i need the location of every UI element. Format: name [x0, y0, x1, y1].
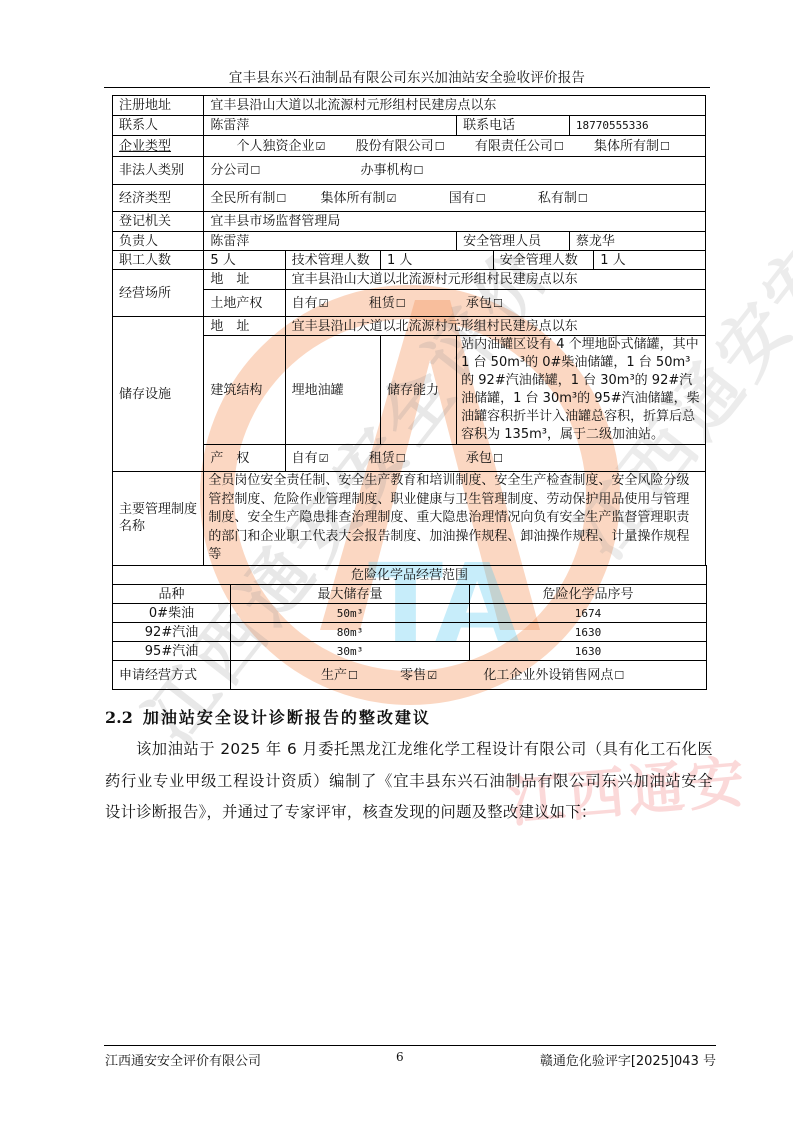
- value-staff-count: 5 人: [204, 251, 285, 270]
- section-number: 2.2: [105, 708, 133, 727]
- row-registered-address: 注册地址 宜丰县沿山大道以北流源村元形组村民建房点以东: [113, 96, 706, 116]
- option-collective-owned: 集体所有制☑: [321, 191, 397, 206]
- label-storage-address: 地 址: [204, 317, 285, 336]
- option-sole-proprietorship: 个人独资企业☑: [237, 139, 326, 154]
- checkbox-checked-icon: ☑: [427, 669, 437, 682]
- value-registration-authority: 宜丰县市场监督管理局: [204, 212, 706, 232]
- label-storage-capacity: 储存能力: [381, 336, 457, 445]
- storage-ownership-options: 自有☑ 租赁☐ 承包☐: [285, 445, 705, 472]
- row-storage-address: 储存设施 地 址 宜丰县沿山大道以北流源村元形组村民建房点以东: [113, 317, 706, 336]
- page-header-title: 宜丰县东兴石油制品有限公司东兴加油站安全验收评价报告: [104, 66, 710, 86]
- hazmat-title-row: 危险化学品经营范围: [113, 566, 707, 585]
- row-business-site-address: 经营场所 地 址 宜丰县沿山大道以北流源村元形组村民建房点以东: [113, 270, 706, 290]
- header-rule: [104, 87, 710, 88]
- business-mode-options: 生产☐ 零售☑ 化工企业外设销售网点☐: [231, 661, 707, 690]
- land-ownership-options: 自有☑ 租赁☐ 承包☐: [285, 290, 705, 317]
- checkbox-checked-icon: ☑: [387, 192, 397, 205]
- checkbox-empty-icon: ☐: [414, 164, 424, 177]
- row-enterprise-type: 企业类型 个人独资企业☑ 股份有限公司☐ 有限责任公司☐ 集体所有制☐: [113, 136, 706, 157]
- enterprise-type-options: 个人独资企业☑ 股份有限公司☐ 有限责任公司☐ 集体所有制☐: [204, 136, 706, 157]
- economic-type-options: 全民所有制☐ 集体所有制☑ 国有☐ 私有制☐: [204, 185, 706, 212]
- option-collective: 集体所有制☐: [594, 139, 670, 154]
- label-person-in-charge: 负责人: [113, 232, 204, 251]
- value-building-structure: 埋地油罐: [285, 336, 380, 445]
- cell-max-storage: 30m³: [231, 642, 470, 661]
- col-header-max-storage: 最大储存量: [231, 585, 470, 604]
- option-chemical-outlet: 化工企业外设销售网点☐: [483, 668, 624, 683]
- value-safety-manager: 蔡龙华: [569, 232, 705, 251]
- label-storage-ownership: 产 权: [204, 445, 285, 472]
- col-header-variety: 品种: [113, 585, 231, 604]
- checkbox-empty-icon: ☐: [250, 164, 260, 177]
- checkbox-checked-icon: ☑: [319, 297, 329, 310]
- checkbox-empty-icon: ☐: [396, 452, 406, 465]
- non-legal-type-options: 分公司☐ 办事机构☐: [204, 157, 706, 185]
- value-contact: 陈雷萍: [204, 116, 457, 136]
- label-storage: 储存设施: [113, 317, 204, 472]
- row-economic-type: 经济类型 全民所有制☐ 集体所有制☑ 国有☐ 私有制☐: [113, 185, 706, 212]
- checkbox-empty-icon: ☐: [435, 140, 445, 153]
- checkbox-checked-icon: ☑: [316, 140, 326, 153]
- cell-serial: 1674: [470, 604, 707, 623]
- cell-max-storage: 50m³: [231, 604, 470, 623]
- row-management-systems: 主要管理制度名称 全员岗位安全责任制、安全生产教育和培训制度、安全生产检查制度、…: [113, 472, 706, 566]
- checkbox-empty-icon: ☐: [476, 192, 486, 205]
- cell-serial: 1630: [470, 642, 707, 661]
- label-contact: 联系人: [113, 116, 204, 136]
- value-site-address: 宜丰县沿山大道以北流源村元形组村民建房点以东: [285, 270, 705, 290]
- label-safety-manager: 安全管理人员: [457, 232, 570, 251]
- company-info-table: 注册地址 宜丰县沿山大道以北流源村元形组村民建房点以东 联系人 陈雷萍 联系电话…: [112, 95, 706, 566]
- hazmat-title: 危险化学品经营范围: [113, 566, 707, 585]
- label-land-ownership: 土地产权: [204, 290, 285, 317]
- checkbox-empty-icon: ☐: [614, 669, 624, 682]
- row-person-in-charge: 负责人 陈雷萍 安全管理人员 蔡龙华: [113, 232, 706, 251]
- cell-max-storage: 80m³: [231, 623, 470, 642]
- label-management-systems: 主要管理制度名称: [113, 472, 204, 566]
- checkbox-empty-icon: ☐: [660, 140, 670, 153]
- label-safety-staff: 安全管理人数: [493, 251, 594, 270]
- value-registered-address: 宜丰县沿山大道以北流源村元形组村民建房点以东: [204, 96, 706, 116]
- value-storage-address: 宜丰县沿山大道以北流源村元形组村民建房点以东: [285, 317, 705, 336]
- footer-doc-number: 赣通危化验评字[2025]043 号: [540, 1050, 716, 1069]
- cell-variety: 95#汽油: [113, 642, 231, 661]
- value-person-in-charge: 陈雷萍: [204, 232, 457, 251]
- option-production: 生产☐: [321, 668, 358, 683]
- option-land-contracted: 承包☐: [466, 296, 503, 311]
- option-storage-leased: 租赁☐: [369, 451, 406, 466]
- value-management-systems: 全员岗位安全责任制、安全生产教育和培训制度、安全生产检查制度、安全风险分级管控制…: [204, 472, 706, 566]
- table-row: 0#柴油 50m³ 1674: [113, 604, 707, 623]
- label-phone: 联系电话: [457, 116, 570, 136]
- label-economic-type: 经济类型: [113, 185, 204, 212]
- option-office: 办事机构☐: [361, 163, 424, 178]
- option-storage-owned: 自有☑: [292, 451, 329, 466]
- hazmat-scope-table: 危险化学品经营范围 品种 最大储存量 危险化学品序号 0#柴油 50m³ 167…: [112, 565, 707, 690]
- value-tech-staff: 1 人: [381, 251, 494, 270]
- checkbox-checked-icon: ☑: [319, 452, 329, 465]
- hazmat-header-row: 品种 最大储存量 危险化学品序号: [113, 585, 707, 604]
- section-heading: 2.2加油站安全设计诊断报告的整改建议: [105, 705, 431, 728]
- option-land-owned: 自有☑: [292, 296, 329, 311]
- label-registered-address: 注册地址: [113, 96, 204, 116]
- value-storage-capacity: 站内油罐区设有 4 个埋地卧式储罐，其中 1 台 50m³的 0#柴油储罐，1 …: [457, 336, 706, 445]
- row-business-mode: 申请经营方式 生产☐ 零售☑ 化工企业外设销售网点☐: [113, 661, 707, 690]
- row-contact: 联系人 陈雷萍 联系电话 18770555336: [113, 116, 706, 136]
- label-enterprise-type: 企业类型: [113, 136, 204, 157]
- row-staff: 职工人数 5 人 技术管理人数 1 人 安全管理人数 1 人: [113, 251, 706, 270]
- option-limited-liability: 有限责任公司☐: [475, 139, 564, 154]
- label-building-structure: 建筑结构: [204, 336, 285, 445]
- row-registration-authority: 登记机关 宜丰县市场监督管理局: [113, 212, 706, 232]
- checkbox-empty-icon: ☐: [396, 297, 406, 310]
- label-business-mode: 申请经营方式: [113, 661, 231, 690]
- checkbox-empty-icon: ☐: [578, 192, 588, 205]
- cell-variety: 0#柴油: [113, 604, 231, 623]
- table-row: 95#汽油 30m³ 1630: [113, 642, 707, 661]
- row-non-legal-type: 非法人类别 分公司☐ 办事机构☐: [113, 157, 706, 185]
- option-land-leased: 租赁☐: [369, 296, 406, 311]
- label-non-legal-type: 非法人类别: [113, 157, 204, 185]
- option-state-owned: 国有☐: [449, 191, 486, 206]
- option-storage-contracted: 承包☐: [466, 451, 503, 466]
- checkbox-empty-icon: ☐: [554, 140, 564, 153]
- option-branch: 分公司☐: [210, 163, 260, 178]
- col-header-serial: 危险化学品序号: [470, 585, 707, 604]
- option-retail: 零售☑: [400, 668, 437, 683]
- checkbox-empty-icon: ☐: [493, 452, 503, 465]
- section-title: 加油站安全设计诊断报告的整改建议: [143, 708, 431, 727]
- checkbox-empty-icon: ☐: [493, 297, 503, 310]
- footer-rule: [104, 1045, 716, 1046]
- label-registration-authority: 登记机关: [113, 212, 204, 232]
- label-business-site: 经营场所: [113, 270, 204, 317]
- cell-serial: 1630: [470, 623, 707, 642]
- value-phone: 18770555336: [569, 116, 705, 136]
- section-paragraph: 该加油站于 2025 年 6 月委托黑龙江龙维化学工程设计有限公司（具有化工石化…: [105, 734, 713, 829]
- footer-company: 江西通安安全评价有限公司: [105, 1050, 261, 1069]
- cell-variety: 92#汽油: [113, 623, 231, 642]
- label-tech-staff: 技术管理人数: [285, 251, 380, 270]
- checkbox-empty-icon: ☐: [276, 192, 286, 205]
- option-joint-stock: 股份有限公司☐: [356, 139, 445, 154]
- checkbox-empty-icon: ☐: [348, 669, 358, 682]
- label-site-address: 地 址: [204, 270, 285, 290]
- option-private: 私有制☐: [538, 191, 588, 206]
- label-staff-count: 职工人数: [113, 251, 204, 270]
- option-state-owned-all: 全民所有制☐: [210, 191, 286, 206]
- page-number: 6: [396, 1050, 404, 1064]
- table-row: 92#汽油 80m³ 1630: [113, 623, 707, 642]
- value-safety-staff: 1 人: [594, 251, 706, 270]
